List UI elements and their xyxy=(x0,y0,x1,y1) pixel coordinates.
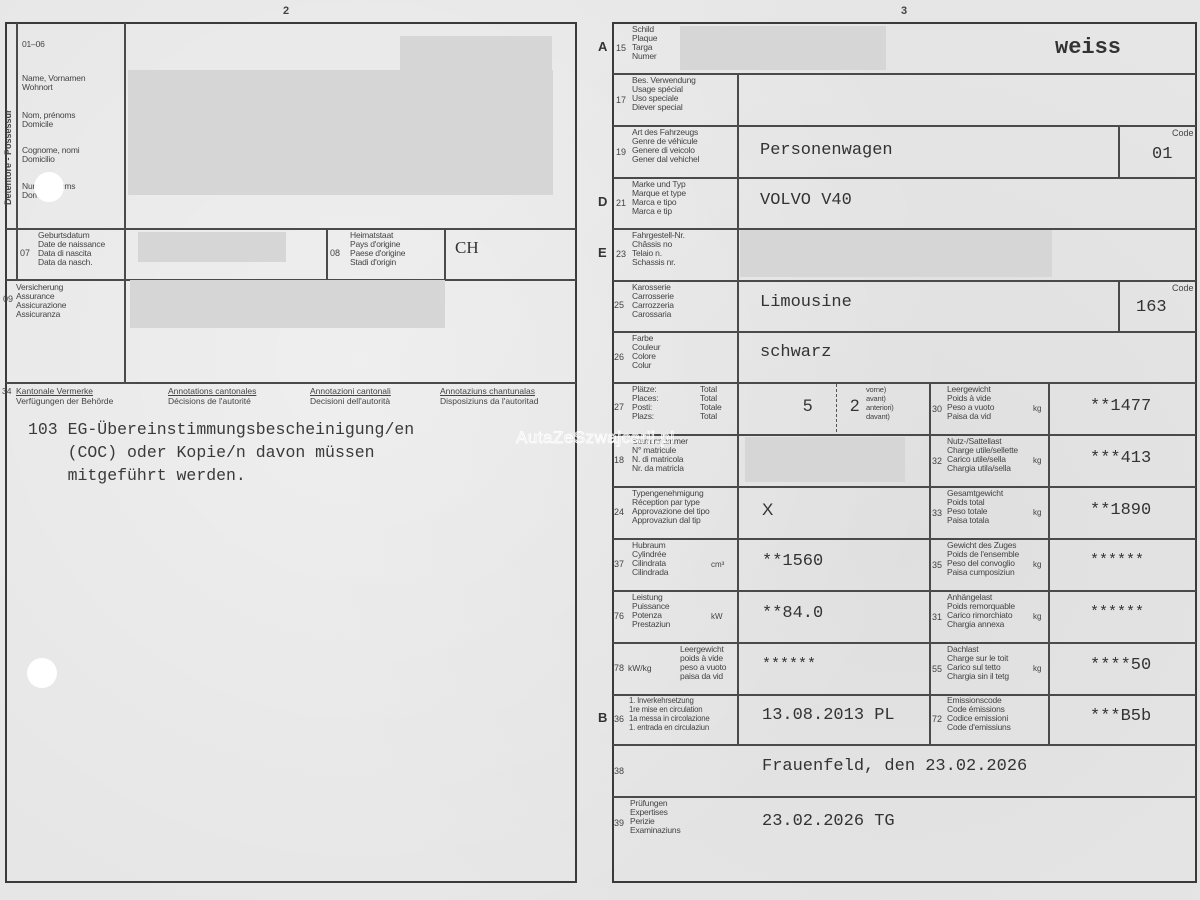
divider xyxy=(6,228,576,230)
field-39-number: 39 xyxy=(614,818,624,828)
field-36-first-registration-value: 13.08.2013 PL xyxy=(762,706,895,725)
field-76-power-value: **84.0 xyxy=(762,604,823,623)
label-column-divider xyxy=(737,73,739,643)
divider xyxy=(1048,382,1050,744)
redacted-insurance xyxy=(130,280,445,328)
plate-color-value: weiss xyxy=(1055,35,1121,60)
divider xyxy=(6,382,576,384)
field-15-plate-labels: SchildPlaqueTargaNumer xyxy=(632,25,657,61)
field-36-letter: B xyxy=(598,710,607,725)
field-35-number: 35 xyxy=(932,560,942,570)
field-72-number: 72 xyxy=(932,714,942,724)
field-27-front-labels: vorne)avant)anteriori)davant) xyxy=(866,385,894,421)
field-78-ratio-labels: Leergewichtpoids à videpeso a vuotopaisa… xyxy=(680,645,726,681)
field-37-number: 37 xyxy=(614,559,624,569)
field-24-number: 24 xyxy=(614,507,624,517)
divider xyxy=(613,280,1196,282)
redacted-plate-number xyxy=(680,26,886,70)
field-33-unit: kg xyxy=(1033,508,1041,517)
divider xyxy=(737,642,739,744)
field-23-number: 23 xyxy=(616,249,626,259)
page-number-right: 3 xyxy=(901,5,907,17)
field-33-total-weight-value: **1890 xyxy=(1090,501,1151,520)
field-25-code-value: 163 xyxy=(1136,298,1167,317)
field-31-number: 31 xyxy=(932,612,942,622)
field-07-birthdate-labels: GeburtsdatumDate de naissanceData di nas… xyxy=(38,231,105,267)
field-76-number: 76 xyxy=(614,611,624,621)
divider xyxy=(929,382,931,744)
redacted-birthdate xyxy=(138,232,286,262)
field-24-type-approval-labels: TypengenehmigungRéception par typeApprov… xyxy=(632,489,710,525)
redacted-holder-name xyxy=(128,70,553,195)
divider xyxy=(613,796,1196,798)
punch-hole xyxy=(34,172,64,202)
holder-side-divider xyxy=(16,23,18,228)
field-21-make-labels: Marke und TypMarque et typeMarca e tipoM… xyxy=(632,180,686,216)
watermark: AutaZeSzwajcarii.pl xyxy=(516,428,675,448)
field-76-power-labels: LeistungPuissancePotenzaPrestaziun xyxy=(632,593,670,629)
divider xyxy=(613,177,1196,179)
field-31-unit: kg xyxy=(1033,612,1041,621)
page-number-left: 2 xyxy=(283,5,289,17)
divider xyxy=(1118,280,1120,331)
annotations-rm: Annotaziuns chantunalasDisposiziuns da l… xyxy=(440,386,538,406)
punch-hole xyxy=(27,658,57,688)
field-17-number: 17 xyxy=(616,95,626,105)
annotations-it: Annotazioni cantonaliDecisioni dell'auto… xyxy=(310,386,391,406)
field-01-06-labels-fr: Nom, prénomsDomicile xyxy=(22,111,75,129)
field-19-vehicle-type-value: Personenwagen xyxy=(760,141,893,160)
field-30-number: 30 xyxy=(932,404,942,414)
field-21-make-value: VOLVO V40 xyxy=(760,191,852,210)
field-08-number: 08 xyxy=(330,248,340,258)
field-23-letter: E xyxy=(598,245,607,260)
divider xyxy=(613,434,1196,436)
field-33-total-weight-labels: GesamtgewichtPoids totalPeso totalePaisa… xyxy=(947,489,1003,525)
field-27-total-seats: 5 xyxy=(803,396,812,416)
field-25-code-label: Code xyxy=(1172,283,1194,293)
field-01-06-number: 01–06 xyxy=(22,40,45,49)
divider xyxy=(444,228,446,280)
field-38-issue-place-date: Frauenfeld, den 23.02.2026 xyxy=(762,757,1027,776)
field-23-chassis-labels: Fahrgestell-Nr.Châssis noTelaio n.Schass… xyxy=(632,231,685,267)
divider xyxy=(613,331,1196,333)
field-32-number: 32 xyxy=(932,456,942,466)
field-30-empty-weight-labels: LeergewichtPoids à videPeso a vuotoPaisa… xyxy=(947,385,994,421)
field-26-number: 26 xyxy=(614,352,624,362)
divider xyxy=(613,125,1196,127)
field-78-ratio-value: ****** xyxy=(762,656,816,673)
field-31-towing-value: ****** xyxy=(1090,604,1144,621)
field-32-unit: kg xyxy=(1033,456,1041,465)
field-15-number: 15 xyxy=(616,43,626,53)
field-35-train-weight-value: ****** xyxy=(1090,552,1144,569)
divider xyxy=(124,23,126,228)
field-08-origin-value: CH xyxy=(455,238,479,258)
field-17-special-use-labels: Bes. VerwendungUsage spécialUso speciale… xyxy=(632,76,696,112)
field-72-emission-labels: EmissionscodeCode émissionsCodice emissi… xyxy=(947,696,1011,732)
annotations-de: Kantonale VermerkeVerfügungen der Behörd… xyxy=(16,386,113,406)
field-55-number: 55 xyxy=(932,664,942,674)
field-39-inspection-value: 23.02.2026 TG xyxy=(762,812,895,831)
field-38-number: 38 xyxy=(614,766,624,776)
field-31-towing-labels: AnhängelastPoids remorquableCarico rimor… xyxy=(947,593,1015,629)
field-19-code-label: Code xyxy=(1172,128,1194,138)
field-32-payload-value: ***413 xyxy=(1090,449,1151,468)
divider xyxy=(613,744,1196,746)
divider xyxy=(16,228,18,280)
field-26-color-labels: FarbeCouleurColoreColur xyxy=(632,334,660,370)
field-25-number: 25 xyxy=(614,300,624,310)
coc-note-line-2: (COC) oder Kopie/n davon müssen xyxy=(28,443,375,462)
field-07-number: 07 xyxy=(20,248,30,258)
divider xyxy=(836,384,837,432)
field-27-total-labels: TotalTotalTotaleTotal xyxy=(700,385,721,421)
field-36-number: 36 xyxy=(614,714,624,724)
annotations-numbers: 34 xyxy=(2,386,11,396)
field-37-unit: cm³ xyxy=(711,560,724,569)
redacted-matricule xyxy=(745,437,905,482)
divider xyxy=(124,279,126,383)
field-21-letter: D xyxy=(598,194,607,209)
field-55-roof-load-value: ****50 xyxy=(1090,656,1151,675)
field-19-code-value: 01 xyxy=(1152,145,1172,164)
holder-vertical-label: Detentore - Possessur xyxy=(3,109,13,205)
divider xyxy=(613,538,1196,540)
coc-note-line-1: 103 EG-Übereinstimmungsbescheinigung/en xyxy=(28,420,414,439)
field-55-roof-load-labels: DachlastCharge sur le toitCarico sul tet… xyxy=(947,645,1009,681)
divider xyxy=(613,73,1196,75)
field-25-body-value: Limousine xyxy=(760,293,852,312)
field-27-seats-labels: Plätze:Places:Posti:Plazs: xyxy=(632,385,658,421)
coc-note-line-3: mitgeführt werden. xyxy=(28,466,246,485)
field-78-unit: kW/kg xyxy=(628,663,652,673)
field-32-payload-labels: Nutz-/SattellastCharge utile/selletteCar… xyxy=(947,437,1018,473)
divider xyxy=(124,228,126,280)
field-01-06-labels-de: Name, VornamenWohnort xyxy=(22,74,85,92)
annotations-fr: Annotations cantonalesDécisions de l'aut… xyxy=(168,386,256,406)
field-33-number: 33 xyxy=(932,508,942,518)
field-37-displacement-labels: HubraumCylindréeCilindrataCilindrada xyxy=(632,541,668,577)
field-21-number: 21 xyxy=(616,198,626,208)
field-25-body-labels: KarosserieCarrosserieCarrozzeriaCarossar… xyxy=(632,283,674,319)
coc-note: 103 EG-Übereinstimmungsbescheinigung/en … xyxy=(28,418,414,487)
redacted-holder-name-top xyxy=(400,36,552,76)
field-55-unit: kg xyxy=(1033,664,1041,673)
field-18-number: 18 xyxy=(614,455,624,465)
field-09-insurance-labels: VersicherungAssuranceAssicurazioneAssicu… xyxy=(16,283,66,319)
field-01-06-labels-it: Cognome, nomiDomicilio xyxy=(22,146,79,164)
field-35-unit: kg xyxy=(1033,560,1041,569)
field-24-type-approval-value: X xyxy=(762,500,773,520)
divider xyxy=(613,590,1196,592)
field-76-unit: kW xyxy=(711,612,723,621)
field-19-number: 19 xyxy=(616,147,626,157)
field-30-unit: kg xyxy=(1033,404,1041,413)
field-30-empty-weight-value: **1477 xyxy=(1090,397,1151,416)
field-39-inspection-labels: PrüfungenExpertisesPerizieExaminaziuns xyxy=(630,799,681,835)
divider xyxy=(326,228,328,280)
field-27-front-seats: 2 xyxy=(850,396,859,416)
divider xyxy=(1118,125,1120,177)
field-27-number: 27 xyxy=(614,402,624,412)
field-72-emission-value: ***B5b xyxy=(1090,707,1151,726)
field-19-vehicle-type-labels: Art des FahrzeugsGenre de véhiculeGenere… xyxy=(632,128,699,164)
field-09-number: 09 xyxy=(3,294,13,304)
field-78-number: 78 xyxy=(614,663,624,673)
field-35-train-weight-labels: Gewicht des ZugesPoids de l'ensemblePeso… xyxy=(947,541,1019,577)
redacted-chassis-number xyxy=(740,230,1052,277)
field-26-color-value: schwarz xyxy=(760,343,831,362)
field-08-origin-labels: HeimatstaatPays d'originePaese d'origine… xyxy=(350,231,405,267)
field-37-displacement-value: **1560 xyxy=(762,552,823,571)
field-36-first-registration-labels: 1. Inverkehrsetzung1re mise en circulati… xyxy=(629,696,710,732)
field-15-letter: A xyxy=(598,39,607,54)
